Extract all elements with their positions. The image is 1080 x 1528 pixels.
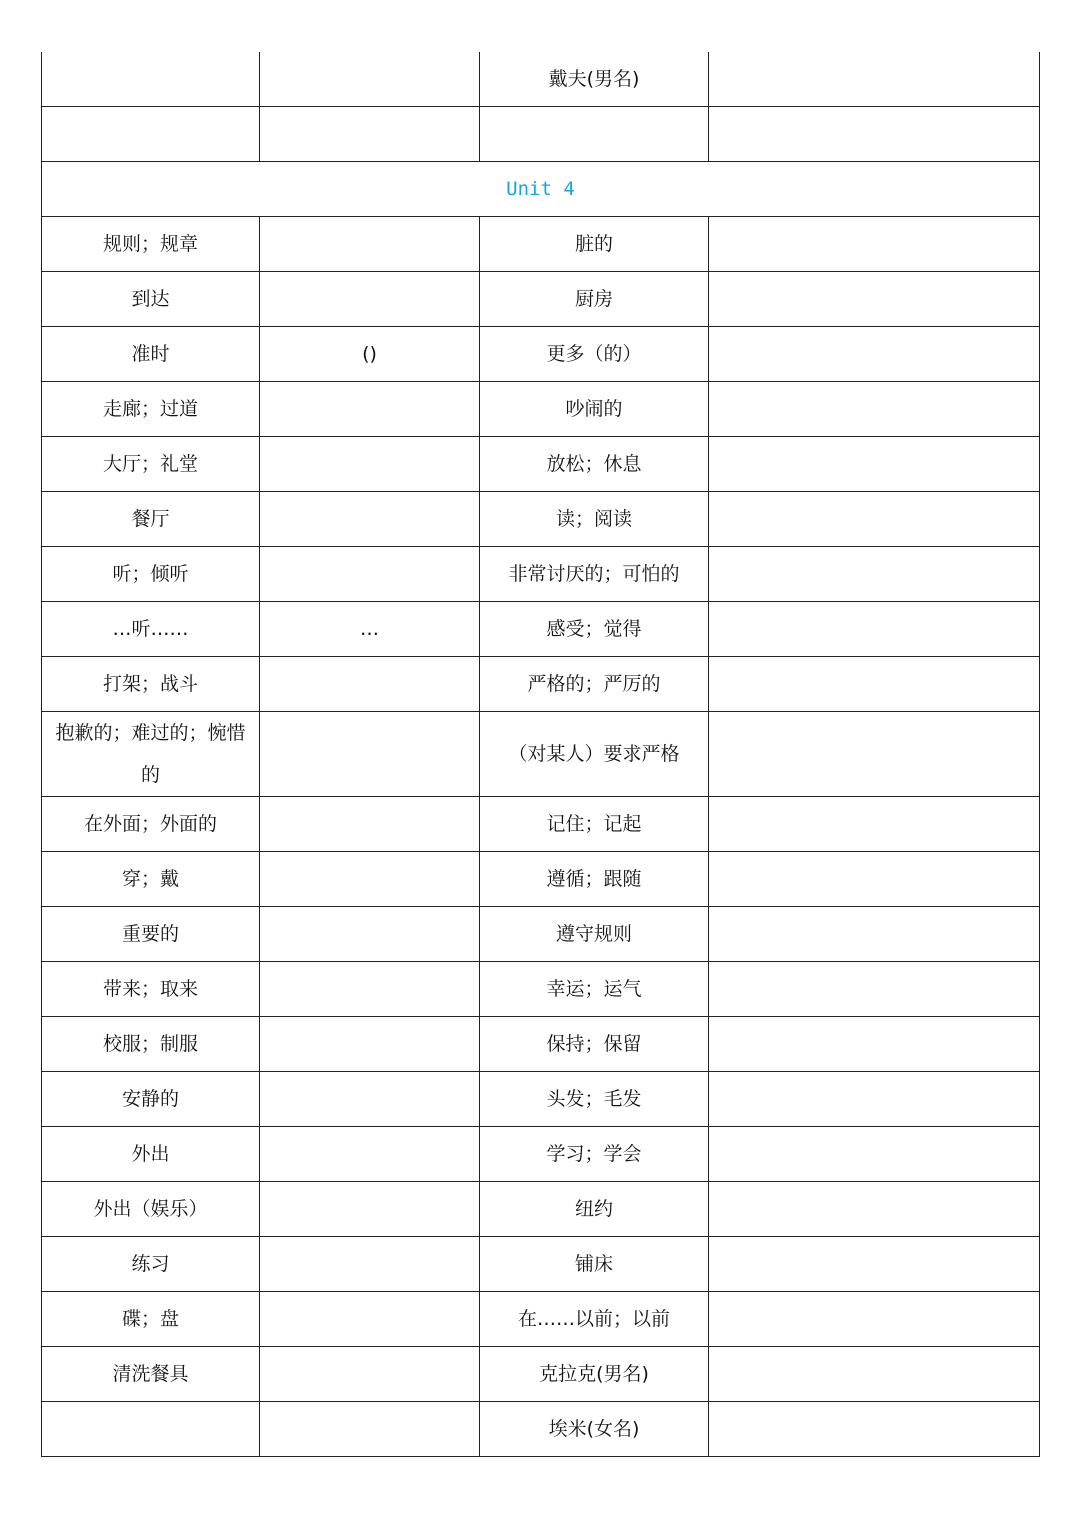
table-row: 在外面；外面的记住；记起	[42, 797, 1040, 852]
chinese-meaning-cell: 餐厅	[42, 492, 260, 547]
english-answer-cell[interactable]	[260, 1292, 480, 1347]
table-row: 大厅；礼堂放松；休息	[42, 437, 1040, 492]
chinese-meaning-cell: 更多（的）	[480, 327, 709, 382]
chinese-meaning-cell: 吵闹的	[480, 382, 709, 437]
chinese-meaning-cell: 打架；战斗	[42, 657, 260, 712]
chinese-meaning-cell: 戴夫(男名)	[480, 52, 709, 107]
table-row: 到达厨房	[42, 272, 1040, 327]
chinese-meaning-cell	[480, 107, 709, 162]
english-answer-cell[interactable]	[709, 327, 1040, 382]
chinese-meaning-cell: 埃米(女名)	[480, 1402, 709, 1457]
english-answer-cell[interactable]	[709, 217, 1040, 272]
table-row: 规则；规章脏的	[42, 217, 1040, 272]
english-answer-cell[interactable]	[709, 107, 1040, 162]
table-row	[42, 107, 1040, 162]
chinese-meaning-cell: 穿；戴	[42, 852, 260, 907]
table-row: 戴夫(男名)	[42, 52, 1040, 107]
chinese-meaning-cell: 幸运；运气	[480, 962, 709, 1017]
english-answer-cell[interactable]	[260, 907, 480, 962]
chinese-meaning-cell: 纽约	[480, 1182, 709, 1237]
english-answer-cell[interactable]	[709, 1127, 1040, 1182]
english-answer-cell[interactable]	[260, 797, 480, 852]
english-answer-cell[interactable]	[709, 797, 1040, 852]
english-answer-cell[interactable]	[260, 657, 480, 712]
table-row: 外出学习；学会	[42, 1127, 1040, 1182]
table-row: 埃米(女名)	[42, 1402, 1040, 1457]
english-answer-cell[interactable]	[260, 1072, 480, 1127]
english-answer-cell[interactable]	[260, 107, 480, 162]
chinese-meaning-cell: 严格的；严厉的	[480, 657, 709, 712]
english-answer-cell[interactable]	[260, 382, 480, 437]
chinese-meaning-cell: 在……以前；以前	[480, 1292, 709, 1347]
english-answer-cell[interactable]	[260, 712, 480, 797]
table-row: 穿；戴遵循；跟随	[42, 852, 1040, 907]
english-answer-cell[interactable]	[260, 217, 480, 272]
vocabulary-page: 戴夫(男名) Unit 4 规则；规章脏的到达厨房准时()更多（的）走廊；过道吵…	[41, 52, 1039, 1457]
english-answer-cell[interactable]	[709, 1017, 1040, 1072]
english-answer-cell[interactable]	[709, 547, 1040, 602]
chinese-meaning-cell: 碟；盘	[42, 1292, 260, 1347]
english-answer-cell[interactable]	[260, 437, 480, 492]
english-answer-cell[interactable]	[260, 52, 480, 107]
table-row: 练习铺床	[42, 1237, 1040, 1292]
chinese-meaning-cell: 走廊；过道	[42, 382, 260, 437]
table-row: 餐厅读；阅读	[42, 492, 1040, 547]
chinese-meaning-cell	[42, 107, 260, 162]
english-answer-cell[interactable]	[709, 907, 1040, 962]
chinese-meaning-cell: 练习	[42, 1237, 260, 1292]
english-answer-cell[interactable]	[260, 852, 480, 907]
english-answer-cell[interactable]	[260, 1127, 480, 1182]
english-answer-cell[interactable]	[709, 712, 1040, 797]
chinese-meaning-cell: 遵循；跟随	[480, 852, 709, 907]
chinese-meaning-cell: 记住；记起	[480, 797, 709, 852]
english-answer-cell[interactable]	[709, 1237, 1040, 1292]
chinese-meaning-cell: 克拉克(男名)	[480, 1347, 709, 1402]
english-answer-cell[interactable]	[709, 1292, 1040, 1347]
chinese-meaning-cell: 厨房	[480, 272, 709, 327]
english-answer-cell[interactable]	[260, 272, 480, 327]
chinese-meaning-cell: 安静的	[42, 1072, 260, 1127]
chinese-meaning-cell: （对某人）要求严格	[480, 712, 709, 797]
table-row: 碟；盘在……以前；以前	[42, 1292, 1040, 1347]
english-answer-cell[interactable]	[260, 1237, 480, 1292]
table-row: 听；倾听非常讨厌的；可怕的	[42, 547, 1040, 602]
english-answer-cell[interactable]	[260, 1017, 480, 1072]
table-row: 安静的头发；毛发	[42, 1072, 1040, 1127]
english-answer-cell[interactable]: ()	[260, 327, 480, 382]
english-answer-cell[interactable]	[260, 962, 480, 1017]
chinese-meaning-cell: 读；阅读	[480, 492, 709, 547]
table-row: 重要的遵守规则	[42, 907, 1040, 962]
chinese-meaning-cell: 头发；毛发	[480, 1072, 709, 1127]
english-answer-cell[interactable]	[709, 52, 1040, 107]
table-row: 带来；取来幸运；运气	[42, 962, 1040, 1017]
vocabulary-table: 戴夫(男名) Unit 4 规则；规章脏的到达厨房准时()更多（的）走廊；过道吵…	[41, 52, 1040, 1457]
english-answer-cell[interactable]	[709, 272, 1040, 327]
vocabulary-table-body: 戴夫(男名) Unit 4 规则；规章脏的到达厨房准时()更多（的）走廊；过道吵…	[42, 52, 1040, 1457]
chinese-meaning-cell: 脏的	[480, 217, 709, 272]
english-answer-cell[interactable]	[709, 1402, 1040, 1457]
chinese-meaning-cell: 感受；觉得	[480, 602, 709, 657]
unit-heading-row: Unit 4	[42, 162, 1040, 217]
chinese-meaning-cell: 重要的	[42, 907, 260, 962]
english-answer-cell[interactable]	[260, 1182, 480, 1237]
table-row: 清洗餐具克拉克(男名)	[42, 1347, 1040, 1402]
chinese-meaning-cell	[42, 52, 260, 107]
chinese-meaning-cell: 大厅；礼堂	[42, 437, 260, 492]
chinese-meaning-cell: 抱歉的；难过的；惋惜的	[42, 712, 260, 797]
english-answer-cell[interactable]	[709, 437, 1040, 492]
table-row: 校服；制服保持；保留	[42, 1017, 1040, 1072]
english-answer-cell[interactable]	[709, 492, 1040, 547]
english-answer-cell[interactable]	[260, 547, 480, 602]
chinese-meaning-cell: 非常讨厌的；可怕的	[480, 547, 709, 602]
table-row: 外出（娱乐）纽约	[42, 1182, 1040, 1237]
english-answer-cell[interactable]	[709, 852, 1040, 907]
chinese-meaning-cell: 准时	[42, 327, 260, 382]
english-answer-cell[interactable]	[709, 602, 1040, 657]
english-answer-cell[interactable]	[709, 657, 1040, 712]
english-answer-cell[interactable]	[709, 1347, 1040, 1402]
english-answer-cell[interactable]	[260, 1402, 480, 1457]
english-answer-cell[interactable]	[260, 492, 480, 547]
table-row: 准时()更多（的）	[42, 327, 1040, 382]
english-answer-cell[interactable]	[709, 1182, 1040, 1237]
chinese-meaning-cell: 铺床	[480, 1237, 709, 1292]
english-answer-cell[interactable]: …	[260, 602, 480, 657]
chinese-meaning-cell: 放松；休息	[480, 437, 709, 492]
table-row: 抱歉的；难过的；惋惜的（对某人）要求严格	[42, 712, 1040, 797]
chinese-meaning-cell: 清洗餐具	[42, 1347, 260, 1402]
chinese-meaning-cell: 到达	[42, 272, 260, 327]
chinese-meaning-cell: 保持；保留	[480, 1017, 709, 1072]
chinese-meaning-cell: 遵守规则	[480, 907, 709, 962]
chinese-meaning-cell: …听……	[42, 602, 260, 657]
table-row: 打架；战斗严格的；严厉的	[42, 657, 1040, 712]
table-row: …听………感受；觉得	[42, 602, 1040, 657]
chinese-meaning-cell: 校服；制服	[42, 1017, 260, 1072]
chinese-meaning-cell	[42, 1402, 260, 1457]
chinese-meaning-cell: 听；倾听	[42, 547, 260, 602]
chinese-meaning-cell: 外出	[42, 1127, 260, 1182]
chinese-meaning-cell: 规则；规章	[42, 217, 260, 272]
chinese-meaning-cell: 学习；学会	[480, 1127, 709, 1182]
english-answer-cell[interactable]	[260, 1347, 480, 1402]
chinese-meaning-cell: 带来；取来	[42, 962, 260, 1017]
english-answer-cell[interactable]	[709, 962, 1040, 1017]
english-answer-cell[interactable]	[709, 1072, 1040, 1127]
chinese-meaning-cell: 在外面；外面的	[42, 797, 260, 852]
chinese-meaning-cell: 外出（娱乐）	[42, 1182, 260, 1237]
english-answer-cell[interactable]	[709, 382, 1040, 437]
table-row: 走廊；过道吵闹的	[42, 382, 1040, 437]
unit-heading: Unit 4	[42, 162, 1040, 217]
